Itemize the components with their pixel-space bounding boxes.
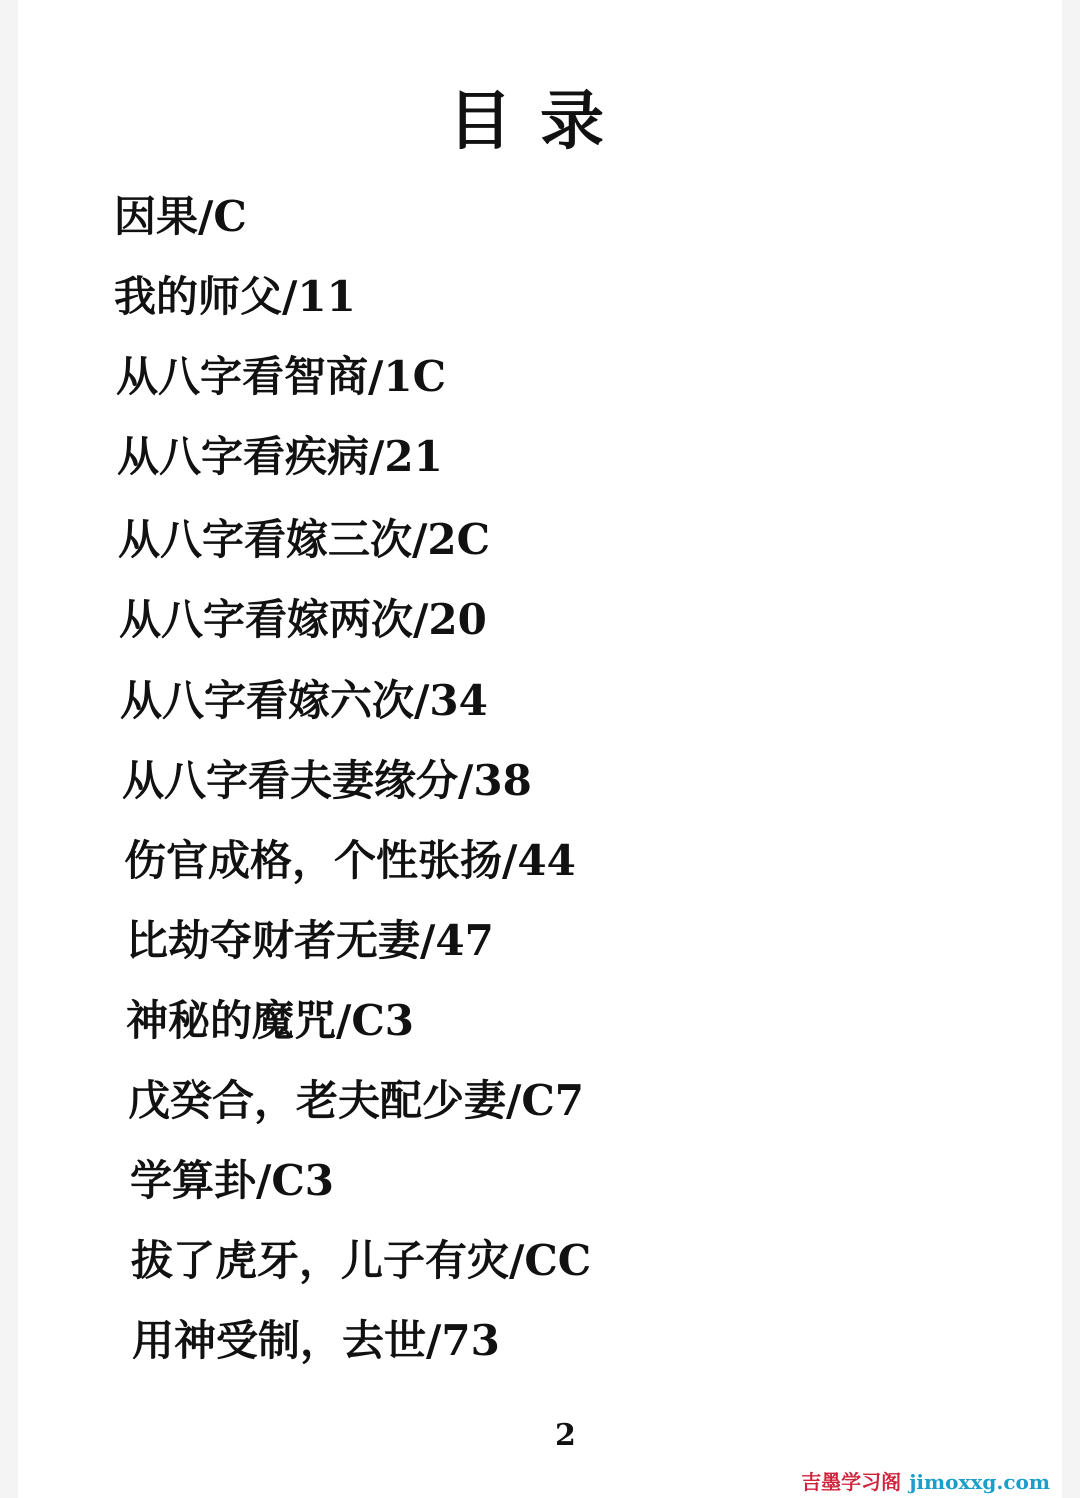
toc-item: 从八字看夫妻缘分/38 bbox=[122, 756, 532, 806]
toc-item: 从八字看嫁三次/2C bbox=[118, 515, 490, 565]
toc-item: 我的师父/11 bbox=[114, 272, 356, 322]
toc-item: 从八字看疾病/21 bbox=[117, 432, 443, 482]
page-number: 2 bbox=[555, 1418, 576, 1453]
toc-item: 因果/C bbox=[114, 192, 247, 242]
toc-item: 戊癸合，老夫配少妻/C7 bbox=[128, 1076, 584, 1126]
toc-item: 伤官成格，个性张扬/44 bbox=[124, 836, 576, 886]
watermark-name: 吉墨学习阁 bbox=[801, 1470, 901, 1494]
toc-item: 拔了虎牙，儿子有灾/CC bbox=[131, 1236, 591, 1286]
toc-item: 从八字看智商/1C bbox=[116, 352, 446, 402]
page-edge-left bbox=[0, 0, 18, 1498]
toc-item: 从八字看嫁两次/20 bbox=[119, 595, 487, 645]
watermark: 吉墨学习阁jimoxxg.com bbox=[801, 1466, 1050, 1495]
toc-item: 学算卦/C3 bbox=[130, 1156, 334, 1206]
toc-item: 神秘的魔咒/C3 bbox=[126, 996, 414, 1046]
page-title: 目录 bbox=[0, 70, 1080, 162]
page-edge-right bbox=[1062, 0, 1080, 1498]
toc-item: 比劫夺财者无妻/47 bbox=[126, 916, 494, 966]
watermark-url: jimoxxg.com bbox=[909, 1470, 1050, 1494]
toc-item: 从八字看嫁六次/34 bbox=[120, 676, 488, 726]
toc-item: 用神受制，去世/73 bbox=[132, 1316, 500, 1366]
